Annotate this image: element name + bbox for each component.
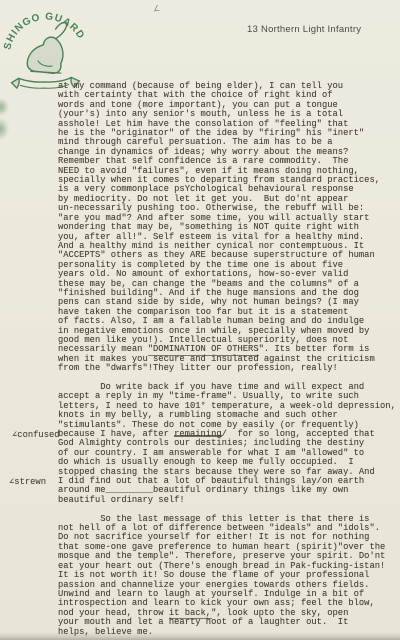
strikethrough-mark-remaining: [174, 435, 222, 437]
letter-page: SHINGO GUARDS 13 Northern Light Infantry…: [0, 0, 400, 640]
markhor-icon: [27, 23, 66, 74]
ink-smudge: [0, 118, 9, 140]
underline-mark-itback: [169, 618, 212, 619]
unit-title: 13 Northern Light Infantry: [247, 24, 397, 35]
margin-note-strewn: ∠strewn: [9, 477, 46, 487]
letter-body: at my command (because of being elder), …: [58, 82, 400, 637]
paragraph-2: Do write back if you have time and will …: [58, 383, 400, 505]
pencil-mark: ∠: [152, 4, 160, 14]
paragraph-3: So the last message of this letter is th…: [58, 515, 400, 637]
ink-smudge: [0, 98, 9, 116]
margin-note-confused: ∠confused: [12, 430, 60, 440]
paragraph-1: at my command (because of being elder), …: [58, 82, 400, 374]
underline-mark-domination: [148, 355, 259, 356]
page-edge-shadow: [0, 632, 400, 640]
